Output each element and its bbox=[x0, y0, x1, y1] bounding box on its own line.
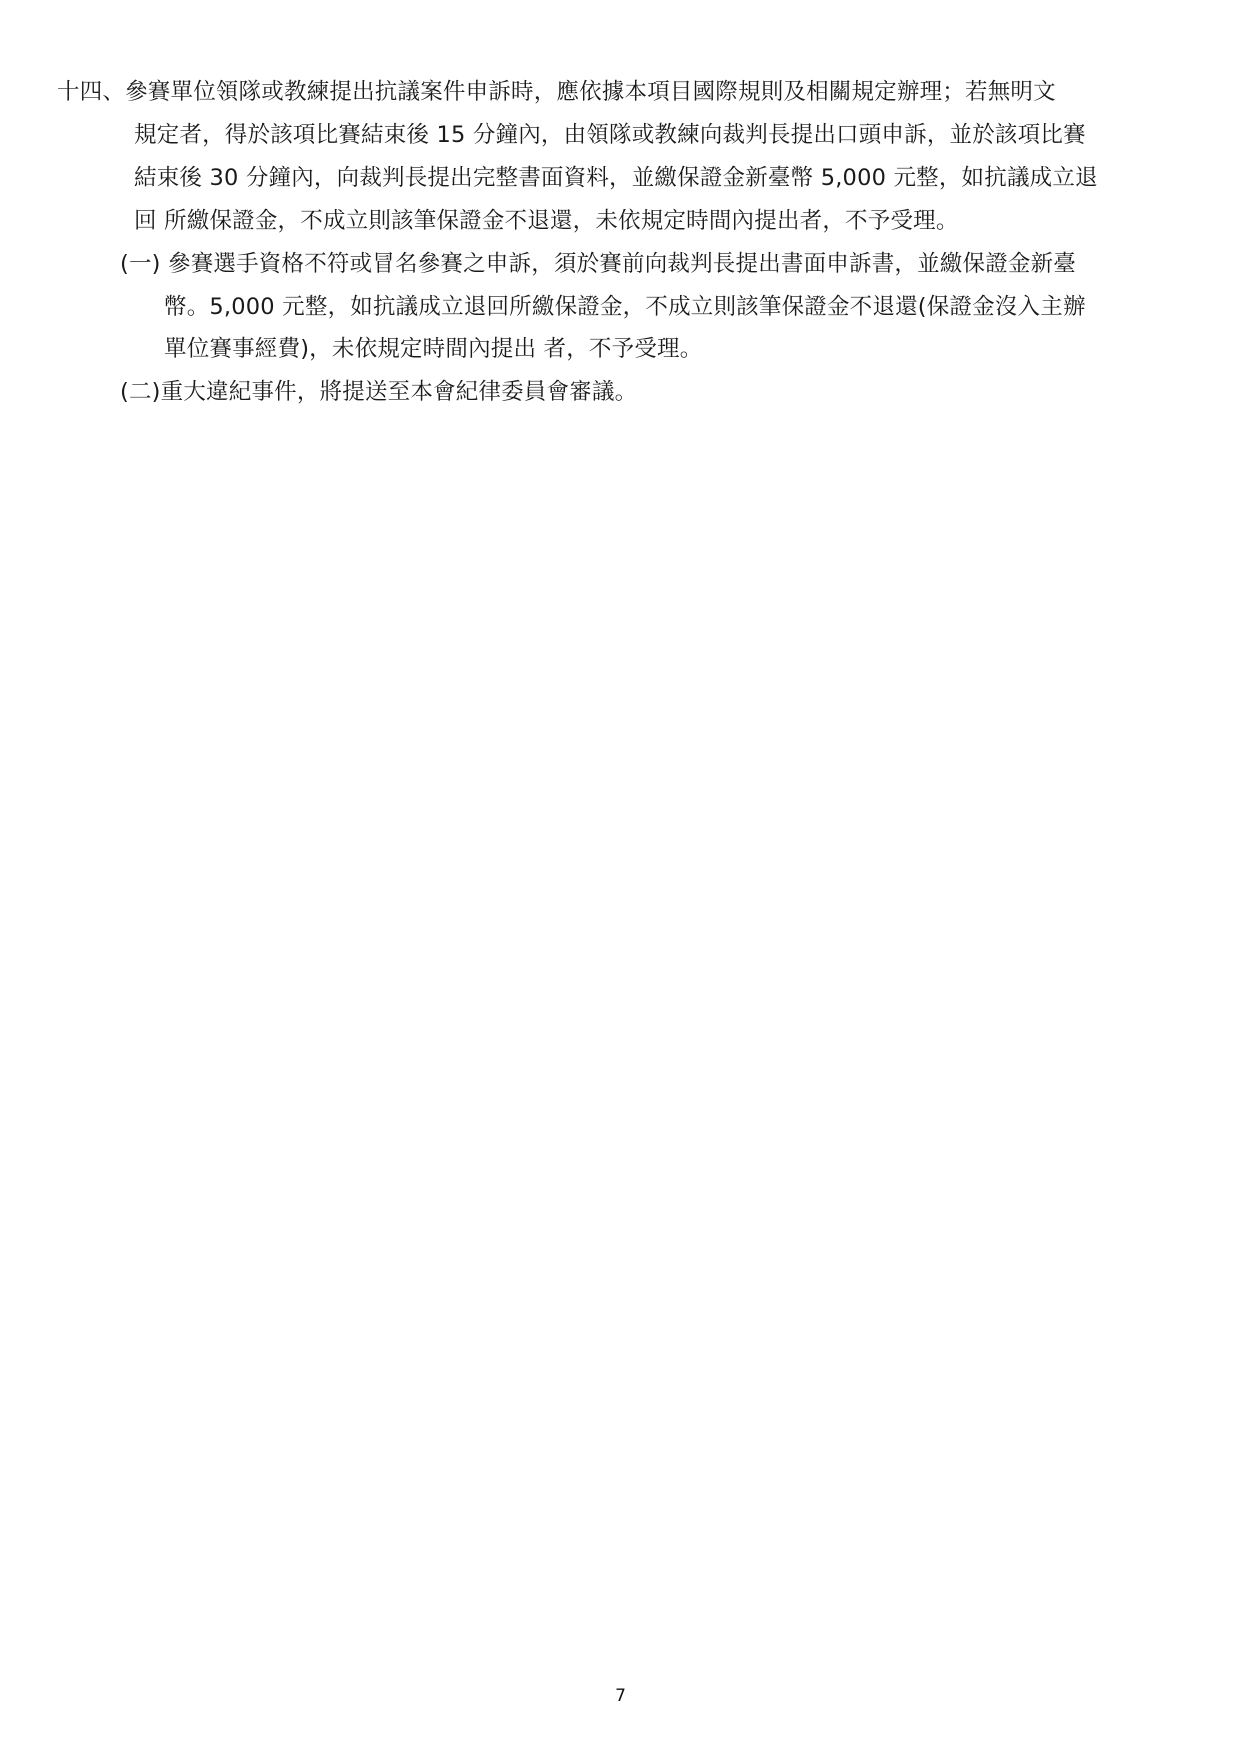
document-page: 十四、參賽單位領隊或教練提出抗議案件申訴時，應依據本項目國際規則及相關規定辦理；… bbox=[0, 0, 1241, 1755]
paragraph-line: 幣。5,000 元整，如抗議成立退回所繳保證金，不成立則該筆保證金不退還(保證金… bbox=[164, 292, 1086, 322]
paragraph-line: 單位賽事經費)，未依規定時間內提出 者，不予受理。 bbox=[164, 334, 702, 364]
paragraph-line: 規定者，得於該項比賽結束後 15 分鐘內，由領隊或教練向裁判長提出口頭申訴，並於… bbox=[134, 120, 1086, 150]
paragraph-line: 回 所繳保證金，不成立則該筆保證金不退還，未依規定時間內提出者，不予受理。 bbox=[134, 206, 959, 236]
paragraph-line: (一) 參賽選手資格不符或冒名參賽之申訴，須於賽前向裁判長提出書面申訴書，並繳保… bbox=[120, 249, 1076, 279]
paragraph-line: 十四、參賽單位領隊或教練提出抗議案件申訴時，應依據本項目國際規則及相關規定辦理；… bbox=[57, 77, 1056, 107]
paragraph-line: 結束後 30 分鐘內，向裁判長提出完整書面資料，並繳保證金新臺幣 5,000 元… bbox=[134, 163, 1098, 193]
paragraph-line: (二)重大違紀事件，將提送至本會紀律委員會審議。 bbox=[120, 377, 637, 407]
page-number: 7 bbox=[0, 1686, 1241, 1706]
